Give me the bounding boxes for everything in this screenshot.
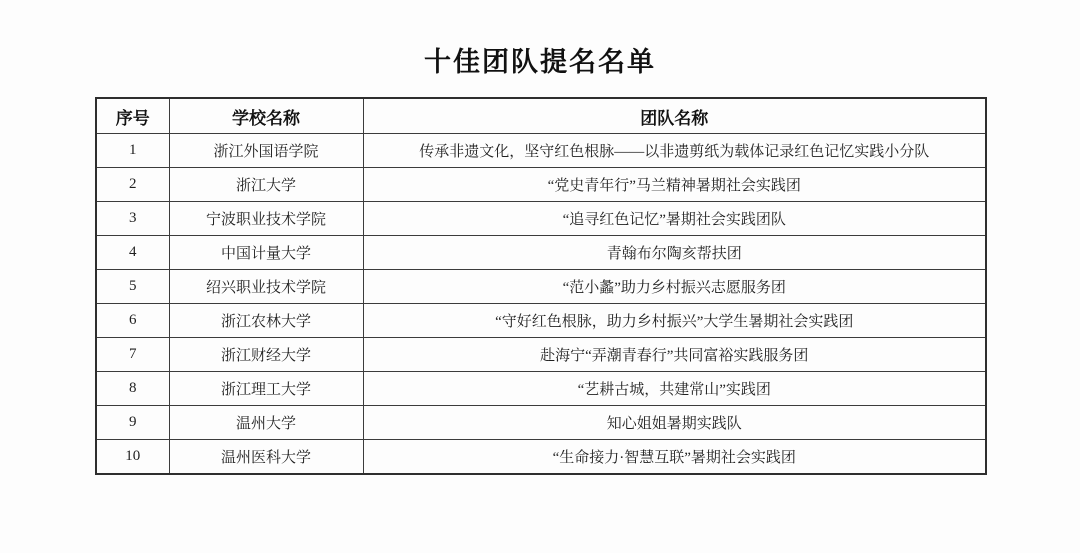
- row-team-cell: “追寻红色记忆”暑期社会实践团队: [363, 202, 986, 236]
- row-school-cell: 浙江外国语学院: [169, 134, 363, 168]
- nominee-table: 序号 学校名称 团队名称 1 浙江外国语学院 传承非遗文化，坚守红色根脉——以非…: [95, 97, 987, 475]
- table-row: 1 浙江外国语学院 传承非遗文化，坚守红色根脉——以非遗剪纸为载体记录红色记忆实…: [96, 134, 986, 168]
- table-row: 3 宁波职业技术学院 “追寻红色记忆”暑期社会实践团队: [96, 202, 986, 236]
- header-school: 学校名称: [169, 98, 363, 134]
- table-header-row: 序号 学校名称 团队名称: [96, 98, 986, 134]
- row-team-cell: 传承非遗文化，坚守红色根脉——以非遗剪纸为载体记录红色记忆实践小分队: [363, 134, 986, 168]
- document-page: { "page": { "title": "十佳团队提名名单" }, "colo…: [0, 0, 1080, 553]
- row-team-cell: 知心姐姐暑期实践队: [363, 406, 986, 440]
- row-school-cell: 中国计量大学: [169, 236, 363, 270]
- row-no-cell: 10: [96, 440, 169, 475]
- table-row: 10 温州医科大学 “生命接力·智慧互联”暑期社会实践团: [96, 440, 986, 475]
- row-no-cell: 1: [96, 134, 169, 168]
- row-school-cell: 温州医科大学: [169, 440, 363, 475]
- table-row: 2 浙江大学 “党史青年行”马兰精神暑期社会实践团: [96, 168, 986, 202]
- row-no-cell: 3: [96, 202, 169, 236]
- row-no-cell: 8: [96, 372, 169, 406]
- row-team-cell: “党史青年行”马兰精神暑期社会实践团: [363, 168, 986, 202]
- table-row: 6 浙江农林大学 “守好红色根脉，助力乡村振兴”大学生暑期社会实践团: [96, 304, 986, 338]
- row-team-cell: 青翰布尔陶亥帮扶团: [363, 236, 986, 270]
- row-no-cell: 7: [96, 338, 169, 372]
- table-row: 8 浙江理工大学 “艺耕古城，共建常山”实践团: [96, 372, 986, 406]
- header-team: 团队名称: [363, 98, 986, 134]
- row-team-cell: “艺耕古城，共建常山”实践团: [363, 372, 986, 406]
- page-title: 十佳团队提名名单: [0, 40, 1080, 79]
- row-no-cell: 9: [96, 406, 169, 440]
- row-school-cell: 温州大学: [169, 406, 363, 440]
- row-no-cell: 4: [96, 236, 169, 270]
- row-school-cell: 浙江理工大学: [169, 372, 363, 406]
- table-row: 4 中国计量大学 青翰布尔陶亥帮扶团: [96, 236, 986, 270]
- row-school-cell: 宁波职业技术学院: [169, 202, 363, 236]
- row-no-cell: 2: [96, 168, 169, 202]
- header-no: 序号: [96, 98, 169, 134]
- row-team-cell: “生命接力·智慧互联”暑期社会实践团: [363, 440, 986, 475]
- row-school-cell: 浙江农林大学: [169, 304, 363, 338]
- table-row: 7 浙江财经大学 赴海宁“弄潮青春行”共同富裕实践服务团: [96, 338, 986, 372]
- row-team-cell: “守好红色根脉，助力乡村振兴”大学生暑期社会实践团: [363, 304, 986, 338]
- table-row: 5 绍兴职业技术学院 “范小蠡”助力乡村振兴志愿服务团: [96, 270, 986, 304]
- row-school-cell: 浙江大学: [169, 168, 363, 202]
- row-no-cell: 6: [96, 304, 169, 338]
- table-row: 9 温州大学 知心姐姐暑期实践队: [96, 406, 986, 440]
- row-team-cell: 赴海宁“弄潮青春行”共同富裕实践服务团: [363, 338, 986, 372]
- row-school-cell: 绍兴职业技术学院: [169, 270, 363, 304]
- row-school-cell: 浙江财经大学: [169, 338, 363, 372]
- row-team-cell: “范小蠡”助力乡村振兴志愿服务团: [363, 270, 986, 304]
- row-no-cell: 5: [96, 270, 169, 304]
